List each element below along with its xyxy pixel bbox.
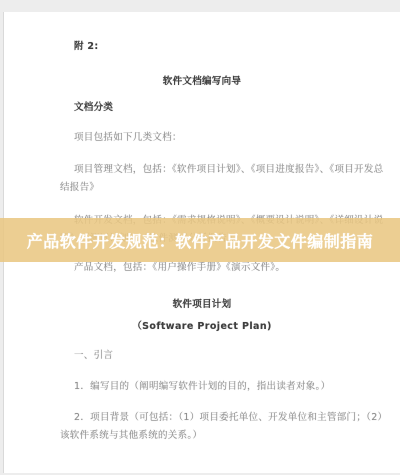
list-item-2: 2．项目背景（可包括：（1）项目委托单位、开发单位和主管部门；（2）该软件系统与… [60, 409, 386, 445]
section-intro-heading: 一、引言 [60, 347, 386, 365]
appendix-label: 附 2: [60, 38, 386, 56]
title-banner-overlay: 产品软件开发规范：软件产品开发文件编制指南 [0, 218, 400, 262]
plan-title-cn: 软件项目计划 [4, 296, 400, 314]
plan-title-en: （Software Project Plan) [4, 318, 400, 336]
para-project-mgmt: 项目管理文档，包括：《软件项目计划》、《项目进度报告》、《项目开发总结报告》 [60, 161, 386, 197]
title-banner-label: 产品软件开发规范：软件产品开发文件编制指南 [27, 229, 374, 252]
list-item-1: 1．编写目的（阐明编写软件计划的目的，指出读者对象。） [60, 378, 386, 396]
doc-category-heading: 文档分类 [60, 99, 386, 117]
guide-title: 软件文档编写向导 [4, 73, 400, 91]
page-background: { "banner": { "label": "产品软件开发规范：软件产品开发文… [0, 0, 400, 475]
intro-line: 项目包括如下几类文档： [60, 129, 386, 147]
